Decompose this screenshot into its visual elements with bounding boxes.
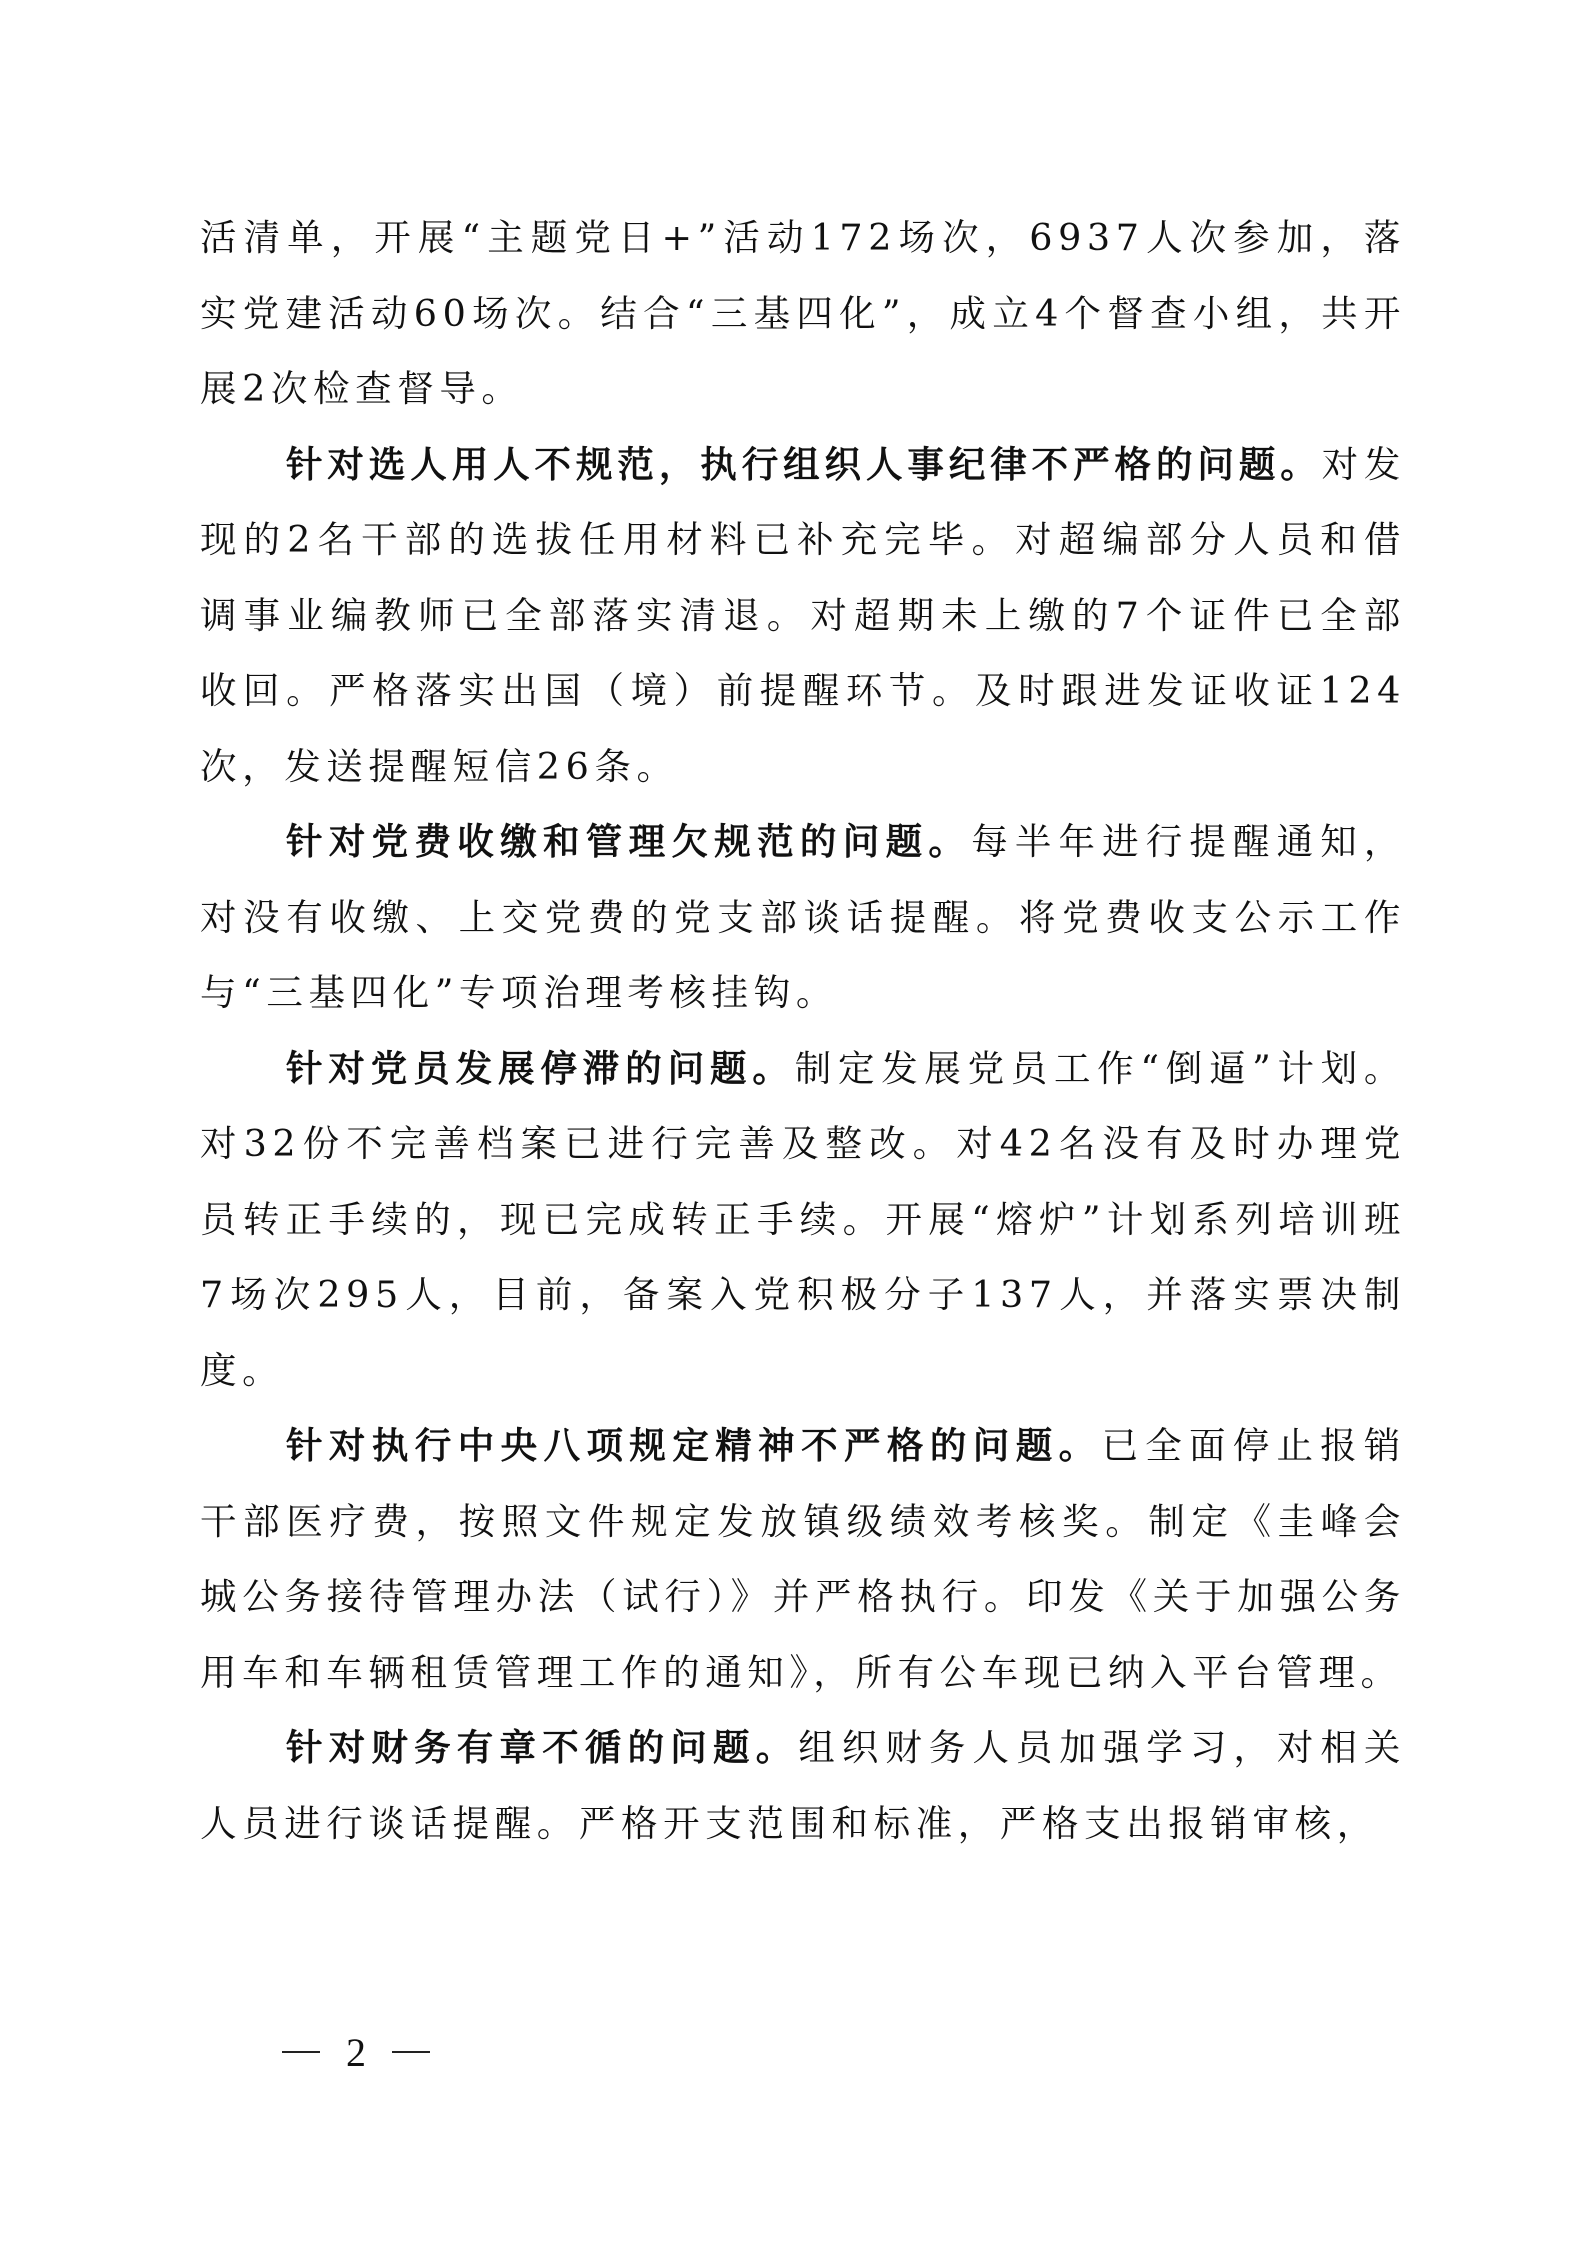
- paragraph-finance-rules: 针对财务有章不循的问题。组织财务人员加强学习，对相关人员进行谈话提醒。严格开支范…: [200, 1710, 1406, 1861]
- document-page: 活清单，开展“主题党日+”活动172场次，6937人次参加，落实党建活动60场次…: [0, 0, 1587, 2245]
- paragraph-lead: 针对执行中央八项规定精神不严格的问题。: [286, 1424, 1102, 1467]
- page-number: 2: [346, 2029, 366, 2076]
- document-body: 活清单，开展“主题党日+”活动172场次，6937人次参加，落实党建活动60场次…: [200, 200, 1406, 1861]
- paragraph-member-development: 针对党员发展停滞的问题。制定发展党员工作“倒逼”计划。对32份不完善档案已进行完…: [200, 1031, 1406, 1409]
- page-footer: 2: [282, 2022, 430, 2082]
- paragraph-party-dues: 针对党费收缴和管理欠规范的问题。每半年进行提醒通知，对没有收缴、上交党费的党支部…: [200, 804, 1406, 1031]
- paragraph-eight-regulations: 针对执行中央八项规定精神不严格的问题。已全面停止报销干部医疗费，按照文件规定发放…: [200, 1408, 1406, 1710]
- paragraph-text: 对发现的2名干部的选拔任用材料已补充完毕。对超编部分人员和借调事业编教师已全部落…: [200, 443, 1406, 788]
- paragraph-text: 活清单，开展“主题党日+”活动172场次，6937人次参加，落实党建活动60场次…: [200, 216, 1406, 410]
- paragraph-text: 制定发展党员工作“倒逼”计划。对32份不完善档案已进行完善及整改。对42名没有及…: [200, 1047, 1406, 1392]
- paragraph-personnel-discipline: 针对选人用人不规范，执行组织人事纪律不严格的问题。对发现的2名干部的选拔任用材料…: [200, 427, 1406, 805]
- paragraph-lead: 针对选人用人不规范，执行组织人事纪律不严格的问题。: [286, 443, 1322, 486]
- footer-right-dash: [392, 2051, 430, 2053]
- paragraph-lead: 针对党费收缴和管理欠规范的问题。: [286, 820, 971, 863]
- paragraph-activities-continued: 活清单，开展“主题党日+”活动172场次，6937人次参加，落实党建活动60场次…: [200, 200, 1406, 427]
- paragraph-lead: 针对党员发展停滞的问题。: [286, 1047, 795, 1090]
- paragraph-lead: 针对财务有章不循的问题。: [286, 1726, 798, 1769]
- footer-left-dash: [282, 2051, 320, 2053]
